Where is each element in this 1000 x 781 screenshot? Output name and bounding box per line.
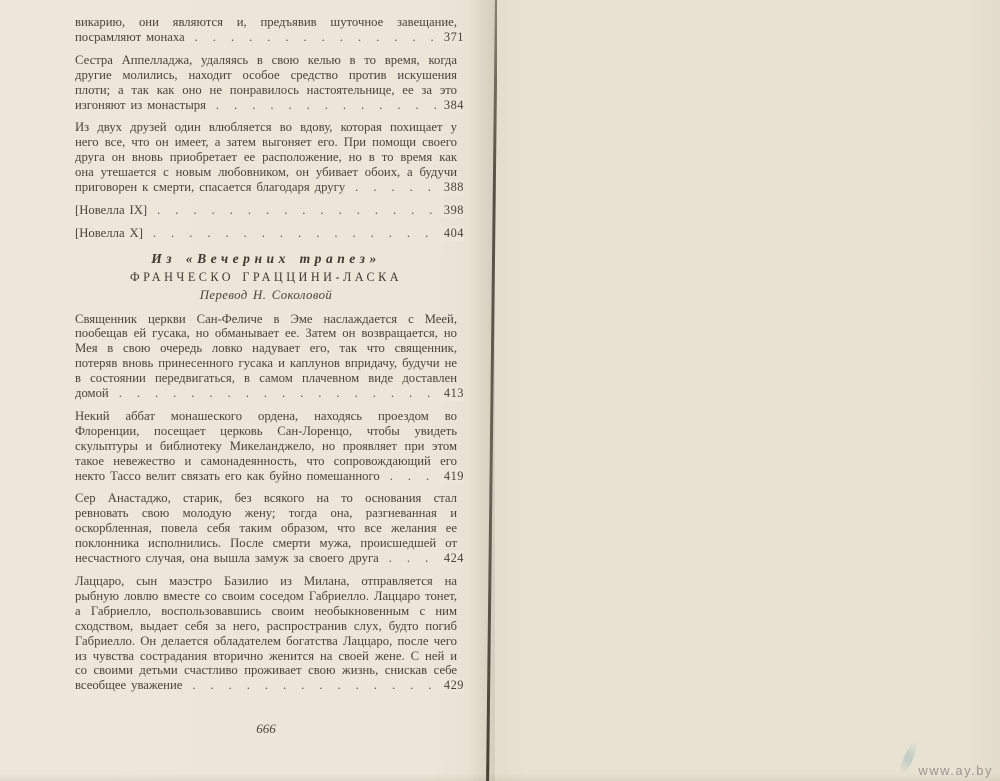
entry-page-number: 429 — [437, 678, 464, 693]
section-title: Из «Вечерних трапез» — [75, 252, 457, 267]
entry-page-number: 419 — [437, 469, 464, 484]
page-number-folio: 666 — [75, 721, 457, 737]
entry-page-number: 384 — [437, 98, 464, 113]
left-page: викарию, они являются и, предъявив шуточ… — [0, 0, 497, 781]
dot-leader: . . . . . . . . . . . . . — [206, 98, 442, 112]
toc-entry: Сестра Аппелладжа, удаляясь в свою келью… — [75, 53, 457, 113]
dot-leader: . . . . . . . . . . . . . . . — [182, 678, 454, 692]
dot-leader: . . . . . . . . . . . . . . . . . — [147, 203, 455, 217]
toc-entry: викарию, они являются и, предъявив шуточ… — [75, 15, 457, 45]
toc-entry: Сер Анастаджо, старик, без всякого на то… — [75, 491, 457, 566]
entry-page-number: 413 — [437, 386, 464, 401]
dot-leader: . . . . . . . . . . . . . . . . . . . — [109, 386, 454, 400]
watermark-text: www.ay.by — [918, 763, 993, 778]
left-page-text-column: викарию, они являются и, предъявив шуточ… — [75, 15, 457, 701]
dot-leader: . . . . . . . . . . . . . . . . . — [143, 226, 451, 240]
toc-entry: [Новелла X] . . . . . . . . . . . . . . … — [75, 226, 457, 241]
section-heading: Из «Вечерних трапез» ФРАНЧЕСКО ГРАЦЦИНИ-… — [75, 252, 457, 303]
section-author: ФРАНЧЕСКО ГРАЦЦИНИ-ЛАСКА — [75, 270, 457, 285]
toc-entry: [Новелла IX] . . . . . . . . . . . . . .… — [75, 203, 457, 218]
entry-page-number: 371 — [437, 30, 464, 45]
dot-leader: . . . . . . . . . . . . . . . — [185, 30, 457, 44]
toc-entry: Некий аббат монашеского ордена, находясь… — [75, 409, 457, 484]
right-page: Лизабетта дельи Уберти, влюбленная в мол… — [497, 0, 1000, 781]
book-scan: викарию, они являются и, предъявив шуточ… — [0, 0, 1000, 781]
toc-entry: Из двух друзей один влюбляется во вдову,… — [75, 120, 457, 195]
toc-entry: Священник церкви Сан-Феличе в Эме наслаж… — [75, 312, 457, 401]
entry-text: [Новелла IX] — [75, 203, 147, 217]
entry-text: Лаццаро, сын маэстро Базилио из Милана, … — [75, 574, 457, 692]
toc-entry: Лаццаро, сын маэстро Базилио из Милана, … — [75, 574, 457, 693]
entry-page-number: 388 — [437, 180, 464, 195]
entry-page-number: 424 — [437, 551, 464, 566]
entry-page-number: 404 — [437, 226, 464, 241]
entry-page-number: 398 — [437, 203, 464, 218]
entry-text: [Новелла X] — [75, 226, 143, 240]
scan-edge-shadow — [0, 773, 1000, 781]
section-translator: Перевод Н. Соколовой — [75, 288, 457, 303]
